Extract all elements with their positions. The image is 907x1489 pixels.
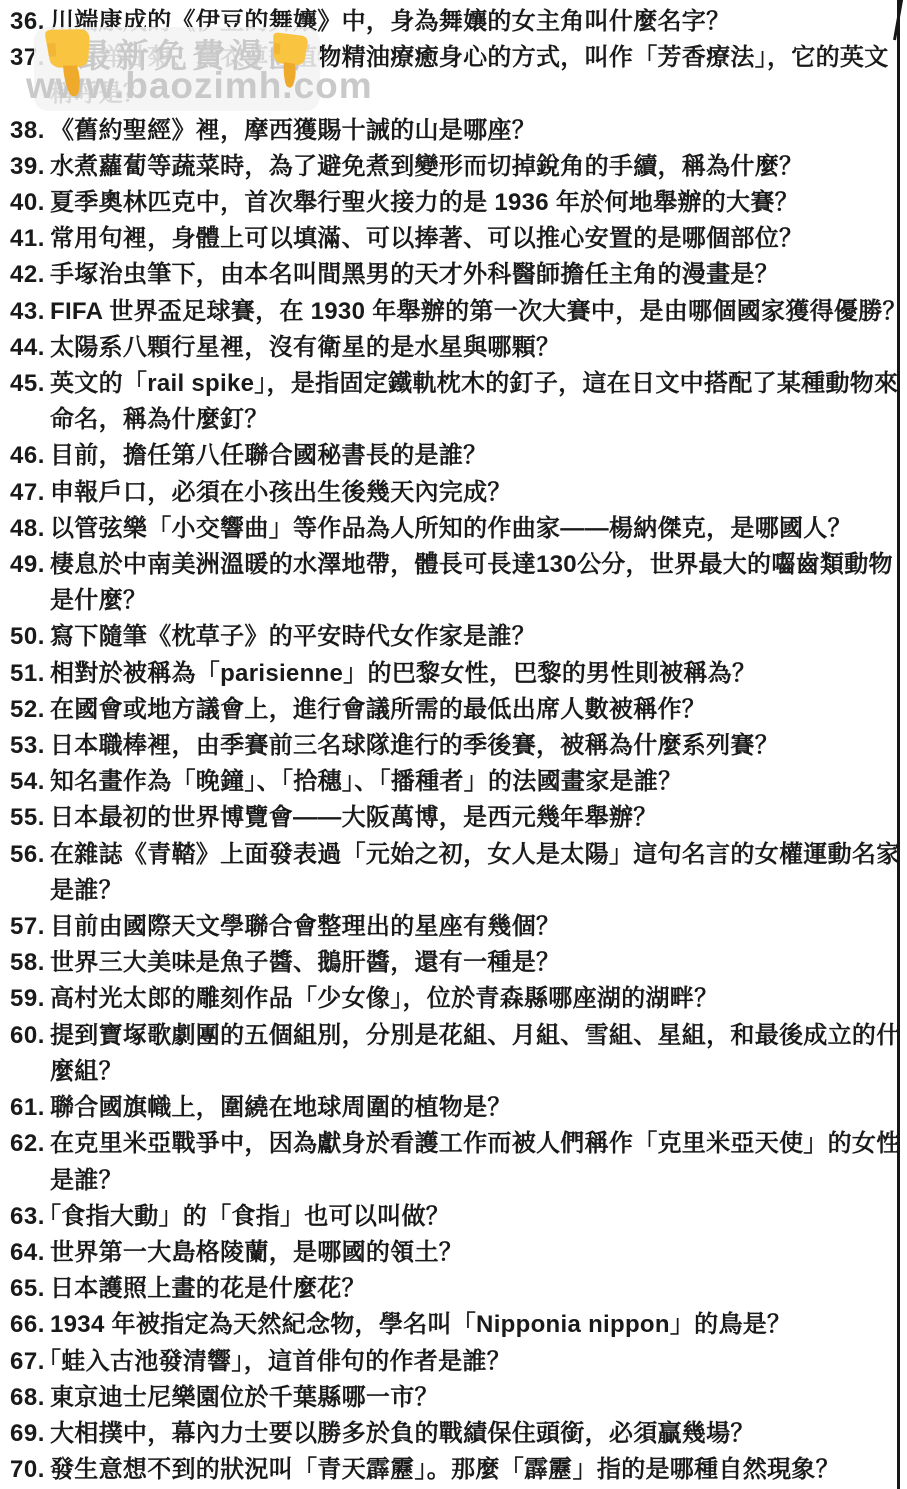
- question-number: 65.: [0, 1271, 50, 1307]
- question-line: 日本最初的世界博覽會——大阪萬博，是西元幾年舉辦？: [50, 800, 907, 836]
- question-line: 目前由國際天文學聯合會整理出的星座有幾個？: [50, 909, 907, 945]
- page-edge-line: [897, 0, 900, 1489]
- question-text: 「食指大動」的「食指」也可以叫做？: [50, 1199, 907, 1235]
- question-line: 是誰？: [50, 1163, 907, 1199]
- question-item: 60.提到寶塚歌劇團的五個組別，分別是花組、月組、雪組、星組，和最後成立的什麼組…: [0, 1018, 907, 1090]
- question-text: 高村光太郎的雕刻作品「少女像」，位於青森縣哪座湖的湖畔？: [50, 981, 907, 1017]
- question-number: 50.: [0, 619, 50, 655]
- question-text: 世界三大美味是魚子醬、鵝肝醬，還有一種是？: [50, 945, 907, 981]
- question-number: 66.: [0, 1307, 50, 1343]
- question-text: 《舊約聖經》裡，摩西獲賜十誡的山是哪座？: [50, 113, 907, 149]
- question-item: 59.高村光太郎的雕刻作品「少女像」，位於青森縣哪座湖的湖畔？: [0, 981, 907, 1017]
- question-number: 53.: [0, 728, 50, 764]
- question-text: 聯合國旗幟上，圍繞在地球周圍的植物是？: [50, 1090, 907, 1126]
- question-line: 目前，擔任第八任聯合國秘書長的是誰？: [50, 438, 907, 474]
- question-text: 相對於被稱為「parisienne」的巴黎女性，巴黎的男性則被稱為？: [50, 656, 907, 692]
- question-text: 世界第一大島格陵蘭，是哪國的領土？: [50, 1235, 907, 1271]
- question-line: 夏季奧林匹克中，首次舉行聖火接力的是 1936 年於何地舉辦的大賽？: [50, 185, 907, 221]
- question-number: 38.: [0, 113, 50, 149]
- question-number: 60.: [0, 1018, 50, 1054]
- question-text: 夏季奧林匹克中，首次舉行聖火接力的是 1936 年於何地舉辦的大賽？: [50, 185, 907, 221]
- question-number: 44.: [0, 330, 50, 366]
- question-item: 61.聯合國旗幟上，圍繞在地球周圍的植物是？: [0, 1090, 907, 1126]
- question-line: 水煮蘿蔔等蔬菜時，為了避免煮到變形而切掉銳角的手續，稱為什麼？: [50, 149, 907, 185]
- question-line: 寫下隨筆《枕草子》的平安時代女作家是誰？: [50, 619, 907, 655]
- question-item: 42.手塚治虫筆下，由本名叫間黑男的天才外科醫師擔任主角的漫畫是？: [0, 257, 907, 293]
- question-text: 水煮蘿蔔等蔬菜時，為了避免煮到變形而切掉銳角的手續，稱為什麼？: [50, 149, 907, 185]
- question-item: 65.日本護照上畫的花是什麼花？: [0, 1271, 907, 1307]
- question-text: 提到寶塚歌劇團的五個組別，分別是花組、月組、雪組、星組，和最後成立的什麼組？: [50, 1018, 907, 1090]
- question-line: FIFA 世界盃足球賽，在 1930 年舉辦的第一次大賽中，是由哪個國家獲得優勝…: [50, 294, 907, 330]
- question-text: FIFA 世界盃足球賽，在 1930 年舉辦的第一次大賽中，是由哪個國家獲得優勝…: [50, 294, 907, 330]
- question-number: 46.: [0, 438, 50, 474]
- question-text: 目前由國際天文學聯合會整理出的星座有幾個？: [50, 909, 907, 945]
- question-item: 54.知名畫作為「晚鐘」、「拾穗」、「播種者」的法國畫家是誰？: [0, 764, 907, 800]
- question-item: 67.「蛙入古池發清響」，這首俳句的作者是誰？: [0, 1344, 907, 1380]
- question-number: 41.: [0, 221, 50, 257]
- document-page: 36.川端康成的《伊豆的舞孃》中，身為舞孃的女主角叫什麼名字？37.利用洋甘菊、…: [0, 0, 907, 1489]
- question-number: 62.: [0, 1126, 50, 1162]
- question-item: 39.水煮蘿蔔等蔬菜時，為了避免煮到變形而切掉銳角的手續，稱為什麼？: [0, 149, 907, 185]
- question-text: 申報戶口，必須在小孩出生後幾天內完成？: [50, 475, 907, 511]
- question-text: 手塚治虫筆下，由本名叫間黑男的天才外科醫師擔任主角的漫畫是？: [50, 257, 907, 293]
- question-item: 64.世界第一大島格陵蘭，是哪國的領土？: [0, 1235, 907, 1271]
- question-text: 在國會或地方議會上，進行會議所需的最低出席人數被稱作？: [50, 692, 907, 728]
- question-item: 52.在國會或地方議會上，進行會議所需的最低出席人數被稱作？: [0, 692, 907, 728]
- question-item: 44.太陽系八顆行星裡，沒有衛星的是水星與哪顆？: [0, 330, 907, 366]
- question-text: 大相撲中，幕內力士要以勝多於負的戰績保住頭銜，必須贏幾場？: [50, 1416, 907, 1452]
- question-item: 45.英文的「rail spike」，是指固定鐵軌枕木的釘子，這在日文中搭配了某…: [0, 366, 907, 438]
- question-item: 50.寫下隨筆《枕草子》的平安時代女作家是誰？: [0, 619, 907, 655]
- question-item: 53.日本職棒裡，由季賽前三名球隊進行的季後賽，被稱為什麼系列賽？: [0, 728, 907, 764]
- question-line: 命名，稱為什麼釘？: [50, 402, 907, 438]
- question-line: 常用句裡，身體上可以填滿、可以捧著、可以推心安置的是哪個部位？: [50, 221, 907, 257]
- question-number: 43.: [0, 294, 50, 330]
- question-text: 棲息於中南美洲溫暖的水澤地帶，體長可長達130公分，世界最大的囓齒類動物是什麼？: [50, 547, 907, 619]
- question-line: 世界三大美味是魚子醬、鵝肝醬，還有一種是？: [50, 945, 907, 981]
- pointing-down-icon: [35, 20, 103, 103]
- question-line: 在雜誌《青鞜》上面發表過「元始之初，女人是太陽」這句名言的女權運動名家: [50, 837, 907, 873]
- question-line: 聯合國旗幟上，圍繞在地球周圍的植物是？: [50, 1090, 907, 1126]
- question-number: 47.: [0, 475, 50, 511]
- question-text: 在克里米亞戰爭中，因為獻身於看護工作而被人們稱作「克里米亞天使」的女性是誰？: [50, 1126, 907, 1198]
- question-text: 以管弦樂「小交響曲」等作品為人所知的作曲家——楊納傑克，是哪國人？: [50, 511, 907, 547]
- question-line: 太陽系八顆行星裡，沒有衛星的是水星與哪顆？: [50, 330, 907, 366]
- question-line: 大相撲中，幕內力士要以勝多於負的戰績保住頭銜，必須贏幾場？: [50, 1416, 907, 1452]
- question-line: 申報戶口，必須在小孩出生後幾天內完成？: [50, 475, 907, 511]
- question-number: 68.: [0, 1380, 50, 1416]
- question-number: 45.: [0, 366, 50, 402]
- question-item: 56.在雜誌《青鞜》上面發表過「元始之初，女人是太陽」這句名言的女權運動名家是誰…: [0, 837, 907, 909]
- question-line: 「蛙入古池發清響」，這首俳句的作者是誰？: [37, 1344, 907, 1380]
- question-number: 59.: [0, 981, 50, 1017]
- question-line: 麼組？: [50, 1054, 907, 1090]
- question-number: 61.: [0, 1090, 50, 1126]
- question-text: 日本最初的世界博覽會——大阪萬博，是西元幾年舉辦？: [50, 800, 907, 836]
- question-item: 41.常用句裡，身體上可以填滿、可以捧著、可以推心安置的是哪個部位？: [0, 221, 907, 257]
- question-line: 手塚治虫筆下，由本名叫間黑男的天才外科醫師擔任主角的漫畫是？: [50, 257, 907, 293]
- question-item: 49.棲息於中南美洲溫暖的水澤地帶，體長可長達130公分，世界最大的囓齒類動物是…: [0, 547, 907, 619]
- question-line: 在克里米亞戰爭中，因為獻身於看護工作而被人們稱作「克里米亞天使」的女性: [50, 1126, 907, 1162]
- question-item: 40.夏季奧林匹克中，首次舉行聖火接力的是 1936 年於何地舉辦的大賽？: [0, 185, 907, 221]
- question-line: 《舊約聖經》裡，摩西獲賜十誡的山是哪座？: [50, 113, 907, 149]
- question-line: 棲息於中南美洲溫暖的水澤地帶，體長可長達130公分，世界最大的囓齒類動物: [50, 547, 907, 583]
- question-text: 發生意想不到的狀況叫「青天霹靂」。那麼「霹靂」指的是哪種自然現象？: [50, 1452, 907, 1488]
- question-number: 55.: [0, 800, 50, 836]
- question-line: 知名畫作為「晚鐘」、「拾穗」、「播種者」的法國畫家是誰？: [50, 764, 907, 800]
- question-text: 太陽系八顆行星裡，沒有衛星的是水星與哪顆？: [50, 330, 907, 366]
- question-item: 63.「食指大動」的「食指」也可以叫做？: [0, 1199, 907, 1235]
- question-item: 38.《舊約聖經》裡，摩西獲賜十誡的山是哪座？: [0, 113, 907, 149]
- question-item: 58.世界三大美味是魚子醬、鵝肝醬，還有一種是？: [0, 945, 907, 981]
- question-number: 52.: [0, 692, 50, 728]
- question-number: 56.: [0, 837, 50, 873]
- question-line: 發生意想不到的狀況叫「青天霹靂」。那麼「霹靂」指的是哪種自然現象？: [50, 1452, 907, 1488]
- question-item: 70.發生意想不到的狀況叫「青天霹靂」。那麼「霹靂」指的是哪種自然現象？: [0, 1452, 907, 1488]
- question-number: 69.: [0, 1416, 50, 1452]
- question-text: 東京迪士尼樂園位於千葉縣哪一市？: [50, 1380, 907, 1416]
- question-list: 36.川端康成的《伊豆的舞孃》中，身為舞孃的女主角叫什麼名字？37.利用洋甘菊、…: [0, 4, 907, 1488]
- question-text: 日本護照上畫的花是什麼花？: [50, 1271, 907, 1307]
- question-item: 68.東京迪士尼樂園位於千葉縣哪一市？: [0, 1380, 907, 1416]
- question-item: 62.在克里米亞戰爭中，因為獻身於看護工作而被人們稱作「克里米亞天使」的女性是誰…: [0, 1126, 907, 1198]
- question-number: 39.: [0, 149, 50, 185]
- question-line: 是什麼？: [50, 583, 907, 619]
- question-number: 51.: [0, 656, 50, 692]
- question-text: 1934 年被指定為天然紀念物，學名叫「Nipponia nippon」的鳥是？: [50, 1307, 907, 1343]
- question-text: 寫下隨筆《枕草子》的平安時代女作家是誰？: [50, 619, 907, 655]
- question-number: 42.: [0, 257, 50, 293]
- question-item: 55.日本最初的世界博覽會——大阪萬博，是西元幾年舉辦？: [0, 800, 907, 836]
- question-line: 東京迪士尼樂園位於千葉縣哪一市？: [50, 1380, 907, 1416]
- question-text: 常用句裡，身體上可以填滿、可以捧著、可以推心安置的是哪個部位？: [50, 221, 907, 257]
- question-item: 66.1934 年被指定為天然紀念物，學名叫「Nipponia nippon」的…: [0, 1307, 907, 1343]
- question-line: 日本護照上畫的花是什麼花？: [50, 1271, 907, 1307]
- question-line: 1934 年被指定為天然紀念物，學名叫「Nipponia nippon」的鳥是？: [50, 1307, 907, 1343]
- question-item: 46.目前，擔任第八任聯合國秘書長的是誰？: [0, 438, 907, 474]
- question-line: 相對於被稱為「parisienne」的巴黎女性，巴黎的男性則被稱為？: [50, 656, 907, 692]
- question-item: 69.大相撲中，幕內力士要以勝多於負的戰績保住頭銜，必須贏幾場？: [0, 1416, 907, 1452]
- question-number: 49.: [0, 547, 50, 583]
- question-text: 知名畫作為「晚鐘」、「拾穗」、「播種者」的法國畫家是誰？: [50, 764, 907, 800]
- question-line: 以管弦樂「小交響曲」等作品為人所知的作曲家——楊納傑克，是哪國人？: [50, 511, 907, 547]
- question-item: 48.以管弦樂「小交響曲」等作品為人所知的作曲家——楊納傑克，是哪國人？: [0, 511, 907, 547]
- question-number: 57.: [0, 909, 50, 945]
- question-item: 47.申報戶口，必須在小孩出生後幾天內完成？: [0, 475, 907, 511]
- question-line: 提到寶塚歌劇團的五個組別，分別是花組、月組、雪組、星組，和最後成立的什: [50, 1018, 907, 1054]
- question-number: 48.: [0, 511, 50, 547]
- question-text: 目前，擔任第八任聯合國秘書長的是誰？: [50, 438, 907, 474]
- question-number: 40.: [0, 185, 50, 221]
- question-line: 在國會或地方議會上，進行會議所需的最低出席人數被稱作？: [50, 692, 907, 728]
- question-item: 57.目前由國際天文學聯合會整理出的星座有幾個？: [0, 909, 907, 945]
- question-line: 日本職棒裡，由季賽前三名球隊進行的季後賽，被稱為什麼系列賽？: [50, 728, 907, 764]
- question-text: 英文的「rail spike」，是指固定鐵軌枕木的釘子，這在日文中搭配了某種動物…: [50, 366, 907, 438]
- question-number: 64.: [0, 1235, 50, 1271]
- question-text: 「蛙入古池發清響」，這首俳句的作者是誰？: [50, 1344, 907, 1380]
- question-number: 54.: [0, 764, 50, 800]
- question-line: 英文的「rail spike」，是指固定鐵軌枕木的釘子，這在日文中搭配了某種動物…: [50, 366, 907, 402]
- question-line: 世界第一大島格陵蘭，是哪國的領土？: [50, 1235, 907, 1271]
- question-text: 日本職棒裡，由季賽前三名球隊進行的季後賽，被稱為什麼系列賽？: [50, 728, 907, 764]
- question-number: 58.: [0, 945, 50, 981]
- pointing-down-icon: [266, 28, 312, 92]
- question-line: 是誰？: [50, 873, 907, 909]
- question-item: 43.FIFA 世界盃足球賽，在 1930 年舉辦的第一次大賽中，是由哪個國家獲…: [0, 294, 907, 330]
- question-line: 「食指大動」的「食指」也可以叫做？: [37, 1199, 907, 1235]
- question-line: 高村光太郎的雕刻作品「少女像」，位於青森縣哪座湖的湖畔？: [50, 981, 907, 1017]
- question-text: 在雜誌《青鞜》上面發表過「元始之初，女人是太陽」這句名言的女權運動名家是誰？: [50, 837, 907, 909]
- question-number: 70.: [0, 1452, 50, 1488]
- question-item: 51.相對於被稱為「parisienne」的巴黎女性，巴黎的男性則被稱為？: [0, 656, 907, 692]
